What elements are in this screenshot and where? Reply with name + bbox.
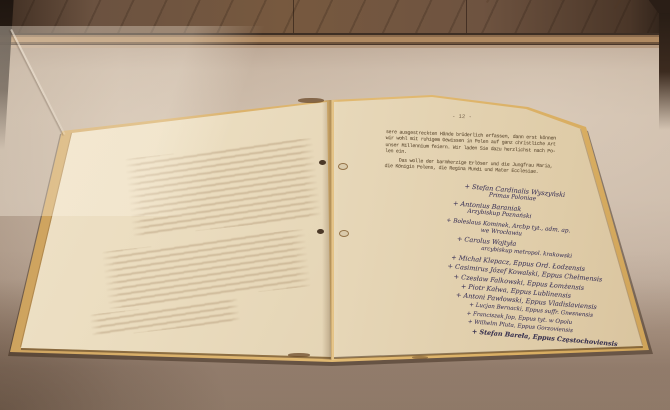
punch-hole-bottom-left [317,229,324,234]
page-number: - 12 - [452,113,472,121]
wall-panel-seam [466,0,467,33]
museum-display-case-photo: - 12 - sere ausgestreckten Hände brüderl… [0,0,670,410]
signature-block: + Stefan Cardinalis Wyszyński Primas Pol… [415,180,667,352]
spine-bottom-wear-mark [288,353,310,357]
case-right-frame [659,0,670,130]
typed-text-block: sere ausgestreckten Hände brüderlich erf… [384,129,585,177]
punch-hole-bottom-right [339,230,349,237]
edge-wear-mark [412,356,428,359]
